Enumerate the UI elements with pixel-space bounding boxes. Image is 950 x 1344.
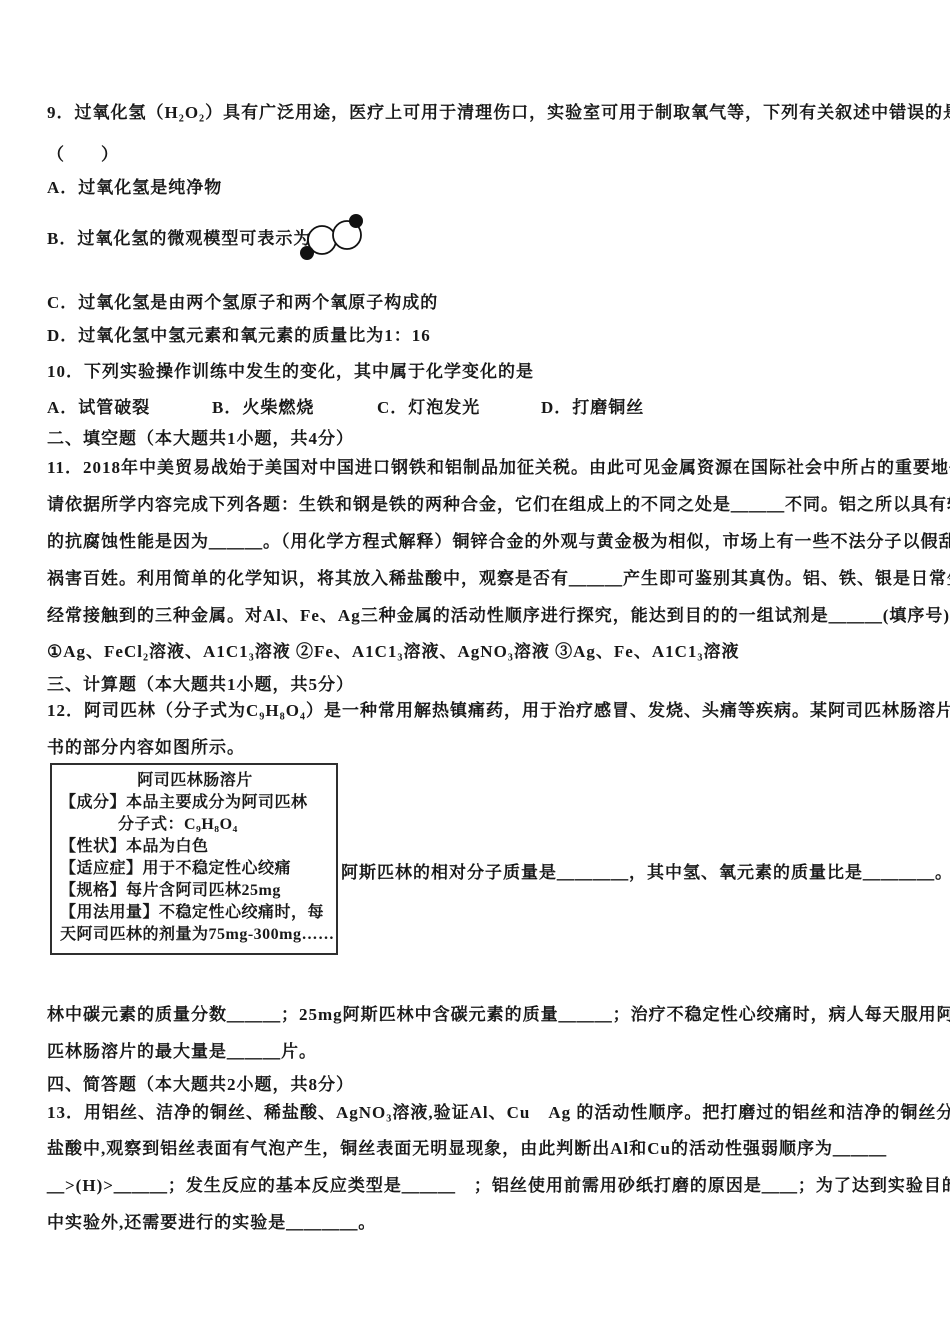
hydrogen-atom-icon	[349, 214, 363, 228]
question-12-side-text: 阿斯匹林的相对分子质量是＿＿＿＿，其中氢、氧元素的质量比是＿＿＿＿。阿斯匹	[341, 861, 950, 885]
question-10-stem: 10．下列实验操作训练中发生的变化，其中属于化学变化的是	[47, 360, 534, 384]
question-10-option-c: C．灯泡发光	[377, 396, 480, 420]
question-12-line: 匹林肠溶片的最大量是＿＿＿片。	[47, 1040, 317, 1064]
medicine-label-box: 阿司匹林肠溶片 【成分】本品主要成分为阿司匹林 分子式：C₉H₈O₄ 【性状】本…	[50, 763, 338, 955]
question-11-line: 的抗腐蚀性能是因为＿＿＿。（用化学方程式解释）铜锌合金的外观与黄金极为相似，市场…	[47, 530, 950, 554]
question-13-line: 13．用铝丝、洁净的铜丝、稀盐酸、AgNO₃溶液,验证Al、Cu Ag 的活动性…	[47, 1101, 950, 1125]
question-12-line: 12．阿司匹林（分子式为C₉H₈O₄）是一种常用解热镇痛药，用于治疗感冒、发烧、…	[47, 699, 950, 723]
question-13-line: 盐酸中,观察到铝丝表面有气泡产生，铜丝表面无明显现象，由此判断出Al和Cu的活动…	[47, 1137, 887, 1161]
question-11-reagent-options: ①Ag、FeCl₂溶液、A1C1₃溶液 ②Fe、A1C1₃溶液、AgNO₃溶液 …	[47, 640, 740, 664]
question-13-line: ＿>(H)>＿＿＿；发生反应的基本反应类型是＿＿＿ ；铝丝使用前需用砂纸打磨的原…	[47, 1174, 950, 1198]
question-13-line: 中实验外,还需要进行的实验是＿＿＿＿。	[47, 1211, 376, 1235]
question-11-line: 祸害百姓。利用简单的化学知识，将其放入稀盐酸中，观察是否有＿＿＿产生即可鉴别其真…	[47, 567, 950, 591]
question-12-line: 书的部分内容如图所示。	[47, 736, 245, 760]
exam-page: 9．过氧化氢（H₂O₂）具有广泛用途，医疗上可用于清理伤口，实验室可用于制取氧气…	[0, 0, 950, 1344]
medicine-label-line: 【适应症】用于不稳定性心绞痛	[60, 858, 330, 880]
hydrogen-atom-icon	[300, 246, 314, 260]
section-heading-calculation: 三、计算题（本大题共1小题，共5分）	[47, 673, 354, 697]
section-heading-short-answer: 四、简答题（本大题共2小题，共8分）	[47, 1073, 354, 1097]
medicine-label-line: 天阿司匹林的剂量为75mg-300mg……	[60, 924, 330, 946]
question-11-line: 11．2018年中美贸易战始于美国对中国进口钢铁和铝制品加征关税。由此可见金属资…	[47, 456, 950, 480]
medicine-label-line: 【用法用量】不稳定性心绞痛时，每	[60, 902, 330, 924]
question-11-line: 经常接触到的三种金属。对Al、Fe、Ag三种金属的活动性顺序进行探究，能达到目的…	[47, 604, 950, 628]
medicine-label-title: 阿司匹林肠溶片	[60, 769, 330, 792]
question-9-option-c: C．过氧化氢是由两个氢原子和两个氧原子构成的	[47, 291, 438, 315]
question-9-answer-bracket: （ ）	[47, 143, 119, 167]
medicine-label-line: 【成分】本品主要成分为阿司匹林	[60, 792, 330, 814]
medicine-label-line: 【性状】本品为白色	[60, 836, 330, 858]
question-10-option-b: B．火柴燃烧	[212, 396, 314, 420]
h2o2-molecule-icon	[294, 212, 366, 264]
question-10-option-d: D．打磨铜丝	[541, 396, 644, 420]
question-9-stem: 9．过氧化氢（H₂O₂）具有广泛用途，医疗上可用于清理伤口，实验室可用于制取氧气…	[47, 101, 950, 125]
section-heading-fill-in: 二、填空题（本大题共1小题，共4分）	[47, 427, 354, 451]
question-10-option-a: A．试管破裂	[47, 396, 150, 420]
question-9-option-a: A．过氧化氢是纯净物	[47, 176, 222, 200]
question-11-line: 请依据所学内容完成下列各题：生铁和钢是铁的两种合金，它们在组成上的不同之处是＿＿…	[47, 493, 950, 517]
question-9-option-b: B．过氧化氢的微观模型可表示为	[47, 227, 311, 251]
question-9-option-d: D．过氧化氢中氢元素和氧元素的质量比为1：16	[47, 324, 431, 348]
medicine-label-line: 【规格】每片含阿司匹林25mg	[60, 880, 330, 902]
medicine-label-line: 分子式：C₉H₈O₄	[60, 814, 330, 836]
question-12-line: 林中碳元素的质量分数＿＿＿；25mg阿斯匹林中含碳元素的质量＿＿＿；治疗不稳定性…	[47, 1003, 950, 1027]
